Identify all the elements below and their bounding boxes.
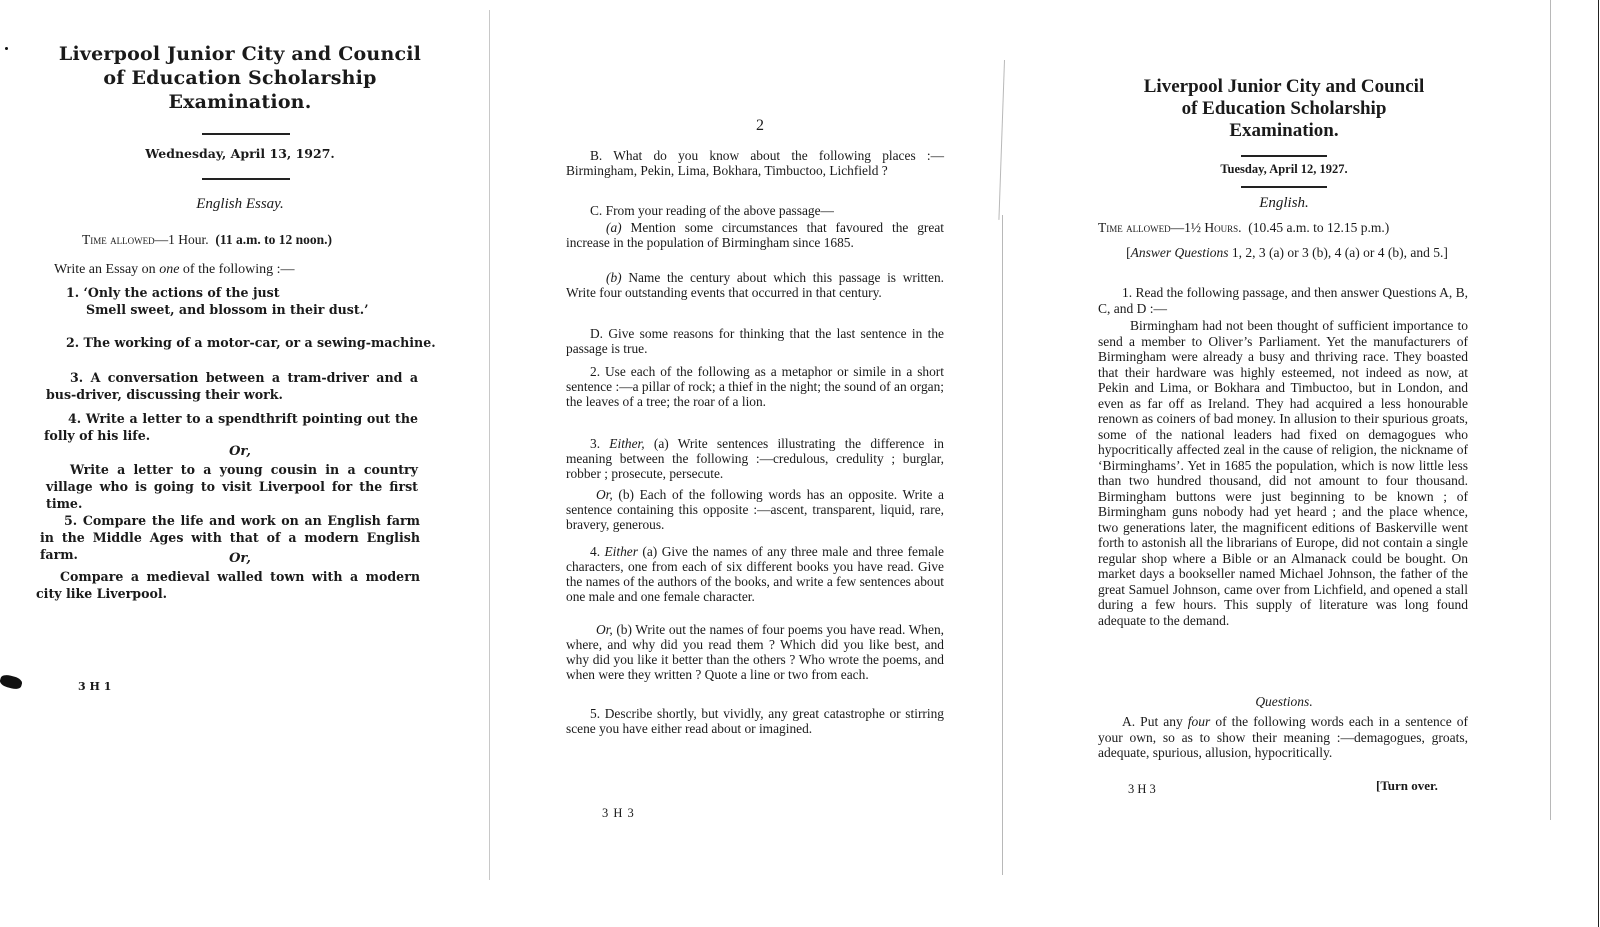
essay-question-5-alt: Compare a medieval walled town with a mo…: [36, 568, 420, 602]
answer-instruction: [Answer Questions 1, 2, 3 (a) or 3 (b), …: [1108, 245, 1466, 261]
question-2: 2. Use each of the following as a metaph…: [566, 364, 944, 409]
essay-question-1: 1. ‘Only the actions of the just Smell s…: [66, 284, 426, 318]
exam-page-english: Liverpool Junior City and Council of Edu…: [1098, 0, 1470, 927]
paper-code: 3 H 3: [1128, 782, 1156, 797]
paper-code: 3 H 3: [602, 806, 635, 821]
question-a: A. Put any four of the following words e…: [1098, 714, 1468, 761]
exam-page-essay: Liverpool Junior City and Council of Edu…: [30, 0, 450, 927]
time-allowed: Time allowed—1½ Hours. (10.45 a.m. to 12…: [1098, 220, 1470, 236]
question-4b: Or, (b) Write out the names of four poem…: [566, 622, 944, 682]
essay-question-3: 3. A conversation between a tram-driver …: [46, 369, 418, 403]
question-c-a: (a) Mention some circumstances that favo…: [566, 220, 944, 250]
exam-title: Liverpool Junior City and Council of Edu…: [30, 42, 450, 114]
question-4a: 4. Either (a) Give the names of any thre…: [566, 544, 944, 604]
scan-speck: [5, 47, 8, 50]
exam-subject: English Essay.: [30, 196, 450, 213]
time-allowed: Time allowed—1 Hour. (11 a.m. to 12 noon…: [82, 232, 332, 248]
date-rule: [1241, 186, 1327, 188]
question-d: D. Give some reasons for thinking that t…: [566, 326, 944, 356]
essay-instruction: Write an Essay on one of the following :…: [54, 262, 295, 278]
questions-heading: Questions.: [1098, 694, 1470, 710]
question-c-b: (b) Name the century about which this pa…: [566, 270, 944, 300]
page-edge-divider: [998, 60, 1005, 220]
question-3b: Or, (b) Each of the following words has …: [566, 487, 944, 532]
paper-code: 3 H 1: [78, 680, 111, 693]
scan-blot: [0, 673, 23, 690]
exam-date: Tuesday, April 12, 1927.: [1098, 162, 1470, 177]
question-1-intro: 1. Read the following passage, and then …: [1098, 285, 1468, 316]
date-rule: [202, 178, 290, 180]
turn-over-note: [Turn over.: [1376, 778, 1438, 794]
or-label: Or,: [30, 444, 450, 459]
exam-title: Liverpool Junior City and Council of Edu…: [1098, 76, 1470, 142]
question-b: B. What do you know about the following …: [566, 148, 944, 178]
exam-subject: English.: [1098, 195, 1470, 212]
scan-border: [1598, 0, 1599, 927]
page-number: 2: [756, 117, 764, 135]
question-c-intro: C. From your reading of the above passag…: [566, 203, 944, 218]
title-rule: [202, 133, 290, 135]
exam-page-2: 2 B. What do you know about the followin…: [566, 0, 946, 927]
essay-question-2: 2. The working of a motor-car, or a sewi…: [66, 334, 436, 351]
question-3a: 3. Either, (a) Write sentences illustrat…: [566, 436, 944, 481]
title-rule: [1241, 155, 1327, 157]
essay-question-4-alt: Write a letter to a young cousin in a co…: [46, 461, 418, 512]
essay-question-4: 4. Write a letter to a spendthrift point…: [44, 410, 418, 444]
page-edge-divider: [1550, 0, 1551, 820]
page-edge-divider: [1002, 215, 1003, 875]
exam-date: Wednesday, April 13, 1927.: [30, 146, 450, 161]
or-label: Or,: [30, 551, 450, 566]
page-edge-divider: [489, 10, 490, 880]
reading-passage: Birmingham had not been thought of suffi…: [1098, 318, 1468, 628]
question-5: 5. Describe shortly, but vividly, any gr…: [566, 706, 944, 736]
